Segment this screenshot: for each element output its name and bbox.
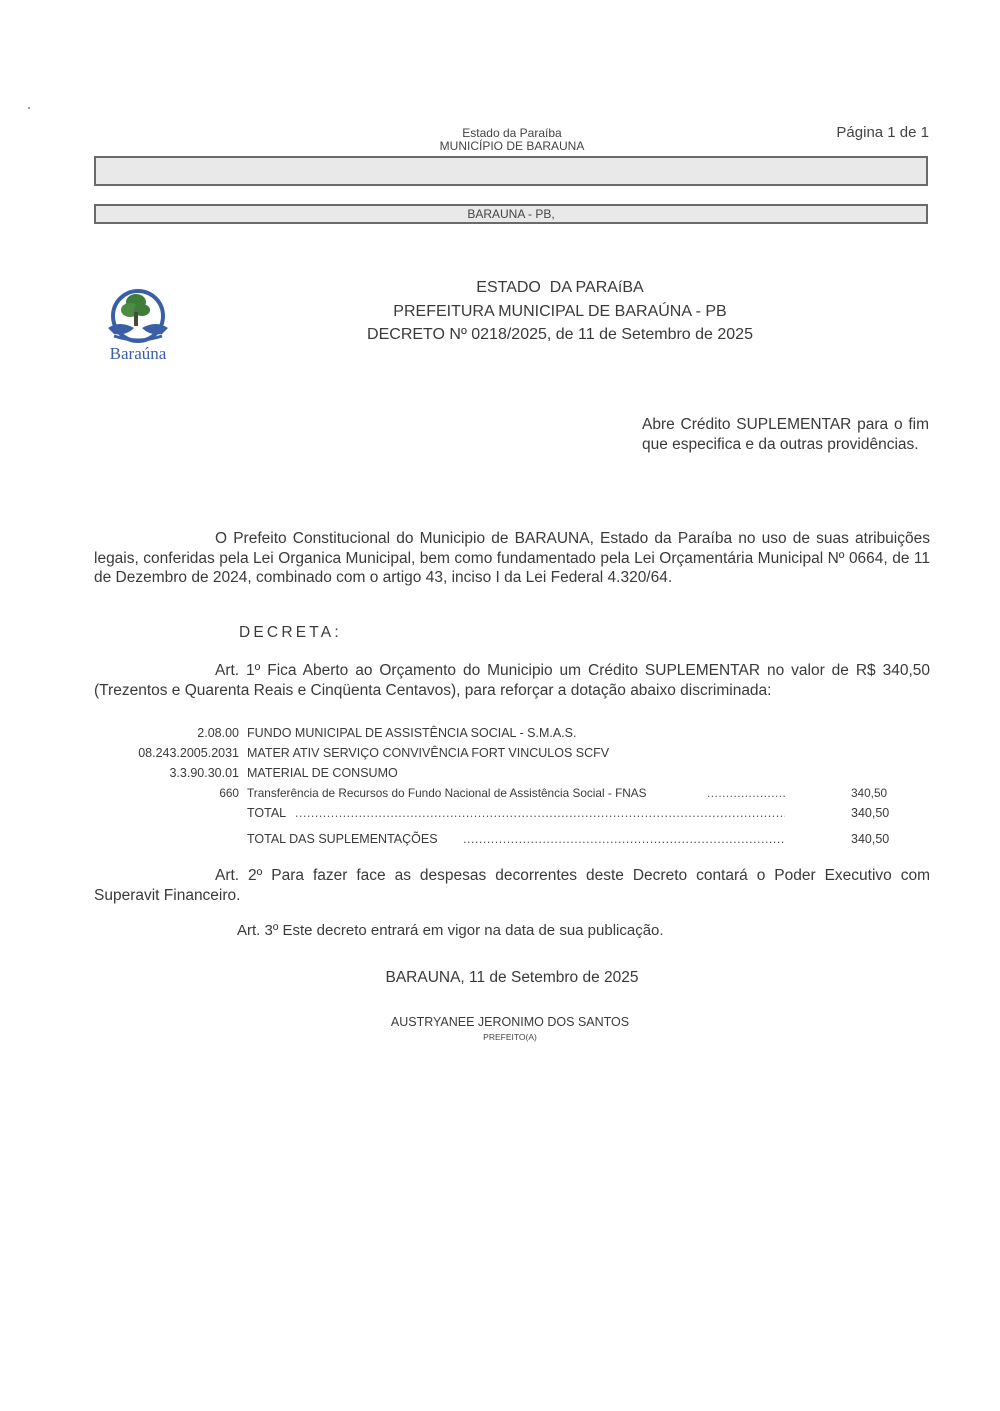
logo-wordmark: Baraúna xyxy=(100,344,176,364)
preamble-text: O Prefeito Constitucional do Municipio d… xyxy=(94,530,930,586)
grand-total-value: 340,50 xyxy=(851,832,889,847)
total-label: TOTAL xyxy=(247,806,286,821)
decree-title: ESTADO DA PARAíBA PREFEITURA MUNICIPAL D… xyxy=(300,276,820,347)
signer-name: AUSTRYANEE JERONIMO DOS SANTOS xyxy=(0,1015,1000,1029)
article-1: Art. 1º Fica Aberto ao Orçamento do Muni… xyxy=(94,661,930,700)
article-3: Art. 3º Este decreto entrará em vigor na… xyxy=(237,922,664,939)
dotation-description: Transferência de Recursos do Fundo Nacio… xyxy=(247,786,647,801)
dotation-code: 3.3.90.30.01 xyxy=(169,766,239,781)
header-municipality: MUNICÍPIO DE BARAUNA xyxy=(0,140,1000,153)
page-number: Página 1 de 1 xyxy=(836,124,929,141)
article-1-text: Art. 1º Fica Aberto ao Orçamento do Muni… xyxy=(94,662,930,699)
dot-leader: ........................................… xyxy=(295,806,785,821)
dotation-code: 08.243.2005.2031 xyxy=(138,746,239,761)
total-value: 340,50 xyxy=(851,806,889,821)
dotation-code: 2.08.00 xyxy=(197,726,239,741)
dotation-description: MATER ATIV SERVIÇO CONVIVÊNCIA FORT VINC… xyxy=(247,746,609,761)
decreta-heading: DECRETA: xyxy=(239,624,342,642)
title-decree-number: DECRETO Nº 0218/2025, de 11 de Setembro … xyxy=(300,323,820,347)
article-2: Art. 2º Para fazer face as despesas deco… xyxy=(94,866,930,905)
place-date: BARAUNA, 11 de Setembro de 2025 xyxy=(0,969,1000,987)
header-location: BARAUNA - PB, xyxy=(467,207,554,221)
dotation-value: 340,50 xyxy=(851,786,887,801)
article-2-text: Art. 2º Para fazer face as despesas deco… xyxy=(94,867,930,904)
preamble: O Prefeito Constitucional do Municipio d… xyxy=(94,529,930,588)
dotation-code: 660 xyxy=(219,786,239,801)
title-state: ESTADO DA PARAíBA xyxy=(300,276,820,300)
signer-role: PREFEITO(A) xyxy=(0,1032,1000,1042)
dotation-description: MATERIAL DE CONSUMO xyxy=(247,766,398,781)
grand-total-label: TOTAL DAS SUPLEMENTAÇÕES xyxy=(247,832,438,847)
scan-speck xyxy=(28,107,30,109)
header-blank-box xyxy=(94,156,928,186)
dot-leader: ........................................… xyxy=(463,832,785,847)
dot-leader: .................................... xyxy=(707,786,785,801)
header-location-box: BARAUNA - PB, xyxy=(94,204,928,224)
dotation-description: FUNDO MUNICIPAL DE ASSISTÊNCIA SOCIAL - … xyxy=(247,726,576,741)
title-prefeitura: PREFEITURA MUNICIPAL DE BARAÚNA - PB xyxy=(300,300,820,324)
ementa: Abre Crédito SUPLEMENTAR para o fim que … xyxy=(642,415,929,454)
